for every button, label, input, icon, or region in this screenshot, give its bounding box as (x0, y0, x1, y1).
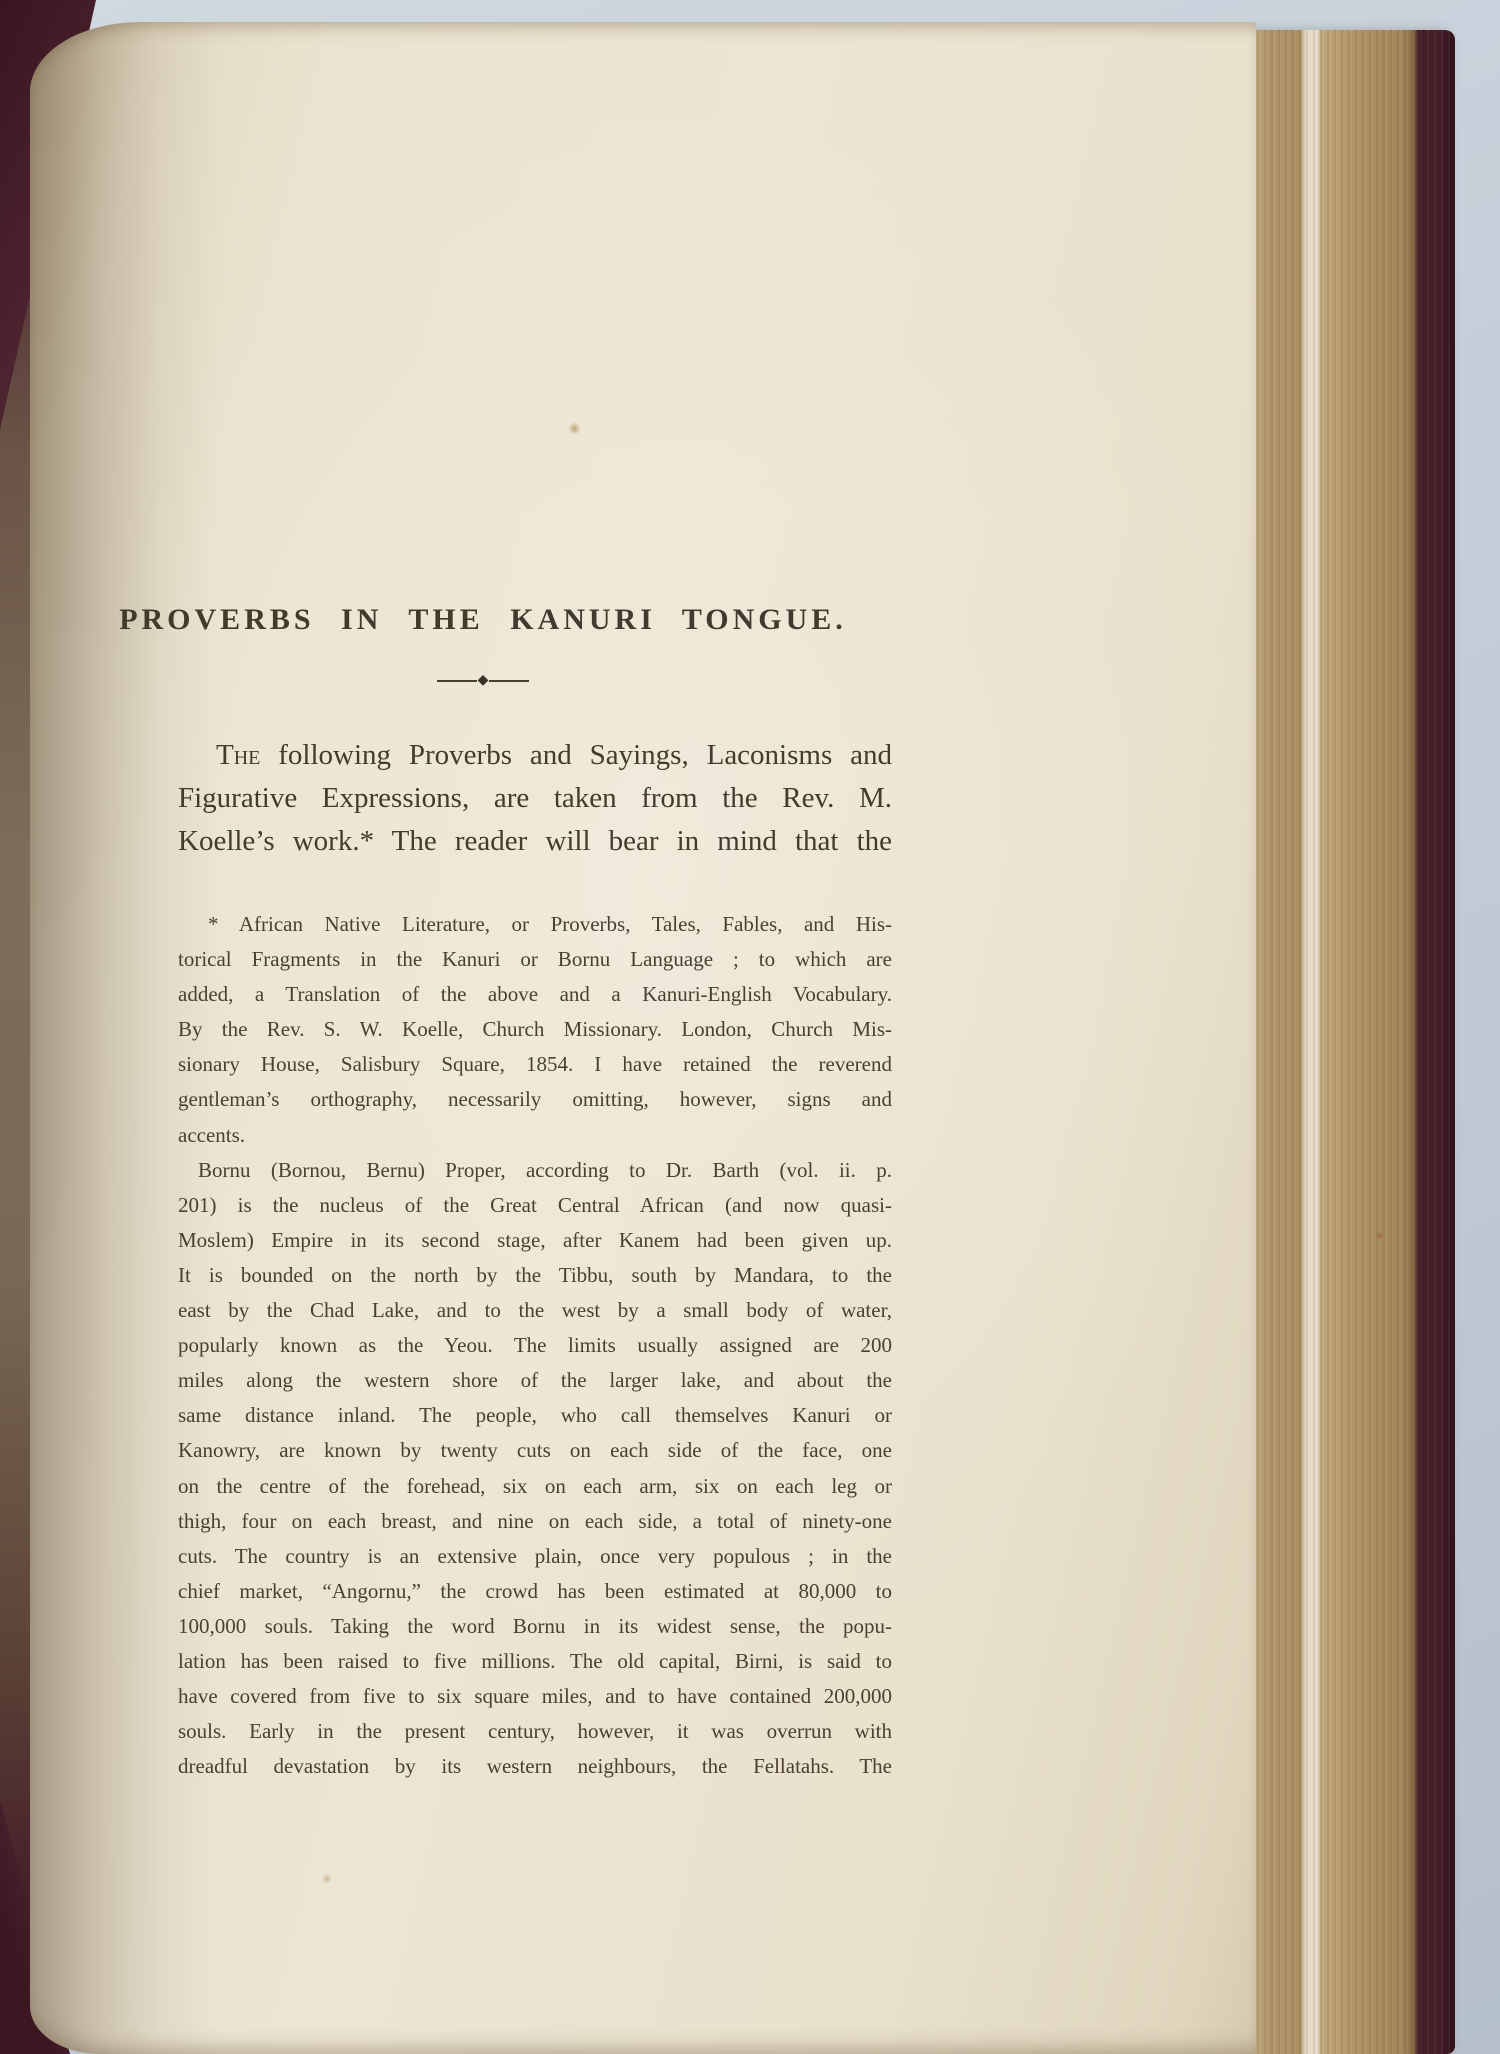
intro-line-text: following Proverbs and Sayings, Laconism… (260, 739, 892, 771)
intro-line: Koelle’s work.* The reader will bear in … (178, 820, 892, 863)
divider-rule-right (489, 680, 529, 682)
footnote-line: east by the Chad Lake, and to the west b… (178, 1293, 892, 1328)
footnote-line: lation has been raised to five millions.… (178, 1644, 892, 1679)
footnote-line: Moslem) Empire in its second stage, afte… (178, 1223, 892, 1258)
footnote-line: Bornu (Bornou, Bernu) Proper, according … (178, 1153, 892, 1188)
footnote-line: dreadful devastation by its western neig… (178, 1749, 892, 1784)
footnote-line: torical Fragments in the Kanuri or Bornu… (178, 942, 892, 977)
page-title: PROVERBS IN THE KANURI TONGUE. (126, 603, 840, 637)
diamond-ornament-icon: ◆ (478, 674, 489, 688)
footnote-line: 100,000 souls. Taking the word Bornu in … (178, 1609, 892, 1644)
footnote-line: souls. Early in the present century, how… (178, 1714, 892, 1749)
footnote-line: By the Rev. S. W. Koelle, Church Mission… (178, 1012, 892, 1047)
divider-rule-left (437, 680, 477, 682)
foxing-spot (568, 422, 581, 435)
footnote-line: gentleman’s orthography, necessarily omi… (178, 1082, 892, 1117)
footnote-line: accents. (178, 1118, 892, 1153)
footnote-line: same distance inland. The people, who ca… (178, 1398, 892, 1433)
footnote-line: 201) is the nucleus of the Great Central… (178, 1188, 892, 1223)
footnote-line: miles along the western shore of the lar… (178, 1363, 892, 1398)
foxing-spot (322, 1874, 332, 1884)
section-divider-ornament: ◆ (126, 674, 840, 688)
footnote-block: * African Native Literature, or Proverbs… (178, 907, 892, 1784)
book-photo: PROVERBS IN THE KANURI TONGUE. ◆ The fol… (0, 0, 1500, 2054)
footnote-line: sionary House, Salisbury Square, 1854. I… (178, 1047, 892, 1082)
footnote-line: chief market, “Angornu,” the crowd has b… (178, 1574, 892, 1609)
footnote-line: added, a Translation of the above and a … (178, 977, 892, 1012)
footnote-line: on the centre of the forehead, six on ea… (178, 1469, 892, 1504)
intro-line: The following Proverbs and Sayings, Laco… (178, 734, 892, 777)
lead-word-smallcaps: The (216, 739, 260, 771)
intro-paragraph: The following Proverbs and Sayings, Laco… (178, 734, 892, 863)
footnote-line: thigh, four on each breast, and nine on … (178, 1504, 892, 1539)
footnote-line: have covered from five to six square mil… (178, 1679, 892, 1714)
footnote-line: * African Native Literature, or Proverbs… (178, 907, 892, 942)
intro-line: Figurative Expressions, are taken from t… (178, 777, 892, 820)
footnote-line: cuts. The country is an extensive plain,… (178, 1539, 892, 1574)
footnote-line: popularly known as the Yeou. The limits … (178, 1328, 892, 1363)
footnote-line: It is bounded on the north by the Tibbu,… (178, 1258, 892, 1293)
footnote-line: Kanowry, are known by twenty cuts on eac… (178, 1433, 892, 1468)
foxing-spot (1375, 1231, 1384, 1240)
page-fore-edge-stack (1243, 30, 1455, 2054)
